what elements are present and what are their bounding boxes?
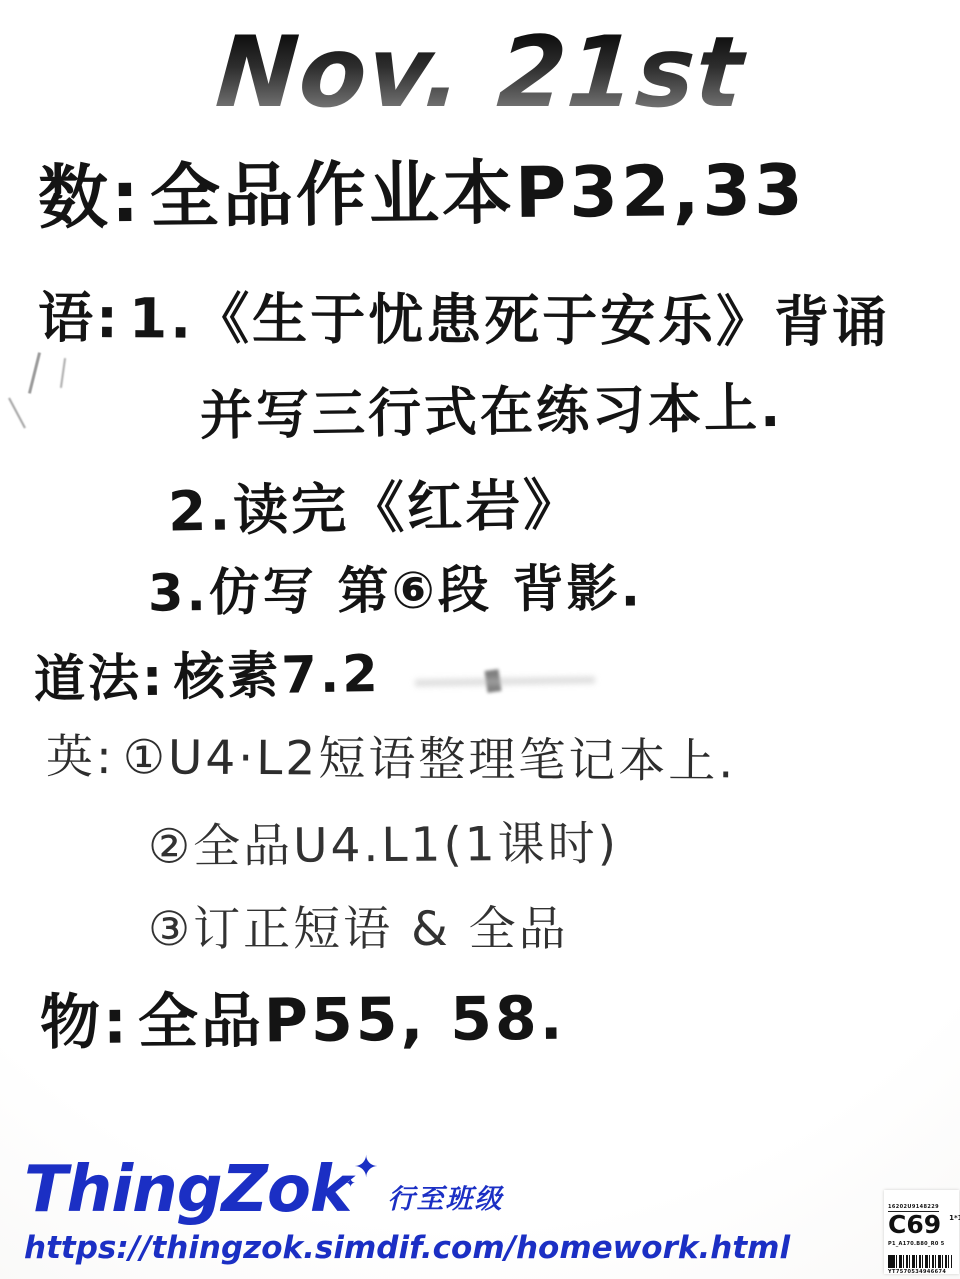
barcode-number: YT7570534946674	[888, 1269, 957, 1275]
subject-label-english: 英:	[46, 730, 115, 785]
sparkle-icon: ✦ ✦	[351, 1162, 385, 1222]
sticker-side-code: 1*1	[949, 1214, 960, 1222]
homework-line-chinese-1b: 并写三行式在练习本上.	[200, 380, 784, 446]
homework-text-morality: 核素7.2	[173, 645, 381, 708]
eraser-smudge	[415, 676, 595, 686]
homework-line-english-3: ③订正短语 & 全品	[148, 904, 569, 956]
stray-pen-mark	[60, 358, 66, 388]
sticker-main-code: C69	[888, 1212, 941, 1237]
sparkle-small-icon: ✦	[345, 1176, 355, 1190]
homework-line-chinese-3: 3.仿写 第⑥段 背影.	[148, 561, 643, 622]
homework-text-physics: 全品P55, 58.	[138, 984, 566, 1058]
homework-text-chinese-1: 1.《生于忧患死于安乐》背诵	[129, 286, 890, 354]
homework-line-morality: 道法:核素7.2	[34, 647, 382, 709]
homework-line-math: 数:全品作业本P32,33	[38, 152, 806, 237]
stray-pen-mark	[28, 352, 41, 393]
date-title: Nov. 21st	[0, 16, 960, 130]
homework-text-english-1: ①U4·L2短语整理笔记本上.	[123, 730, 737, 789]
label-sticker: 16202U9148229 C69 1*1 P1_A170.B80_R0 5 Y…	[884, 1190, 959, 1274]
subject-label-chinese: 语:	[38, 286, 121, 350]
whiteboard-photo: Nov. 21st 数:全品作业本P32,33 语:1.《生于忧患死于安乐》背诵…	[0, 0, 960, 1279]
sparkle-big-icon: ✦	[353, 1150, 378, 1185]
homework-text-math: 全品作业本P32,33	[150, 149, 807, 238]
homework-line-chinese-2: 2.读完《红岩》	[168, 474, 582, 542]
barcode-icon	[888, 1255, 952, 1268]
homework-text-chinese-3: 3.仿写 第⑥段 背影.	[148, 559, 644, 623]
footer-logo: ThingZok ✦ ✦ 行至班级 https://thingzok.simdi…	[24, 1158, 790, 1266]
homework-line-physics: 物:全品P55, 58.	[40, 986, 566, 1057]
homework-url: https://thingzok.simdif.com/homework.htm…	[24, 1230, 790, 1266]
subject-label-morality: 道法:	[34, 649, 166, 710]
subject-label-math: 数:	[38, 156, 143, 239]
ink-smudge	[485, 669, 502, 693]
brand-tagline: 行至班级	[387, 1177, 503, 1216]
subject-label-physics: 物:	[40, 988, 131, 1059]
homework-text-english-3: ③订正短语 & 全品	[148, 902, 569, 957]
homework-line-english-2: ②全品U4.L1(1课时)	[148, 818, 619, 873]
homework-line-chinese-1: 语:1.《生于忧患死于安乐》背诵	[38, 288, 890, 353]
homework-text-english-2: ②全品U4.L1(1课时)	[148, 816, 619, 874]
stray-pen-mark	[8, 398, 26, 429]
sticker-sub-code: P1_A170.B80_R0 5	[888, 1241, 957, 1247]
brand-logo-text: ThingZok	[24, 1158, 351, 1222]
homework-line-english-1: 英:①U4·L2短语整理笔记本上.	[46, 732, 737, 789]
homework-text-chinese-1b: 并写三行式在练习本上.	[200, 378, 784, 447]
homework-text-chinese-2: 2.读完《红岩》	[167, 472, 581, 543]
